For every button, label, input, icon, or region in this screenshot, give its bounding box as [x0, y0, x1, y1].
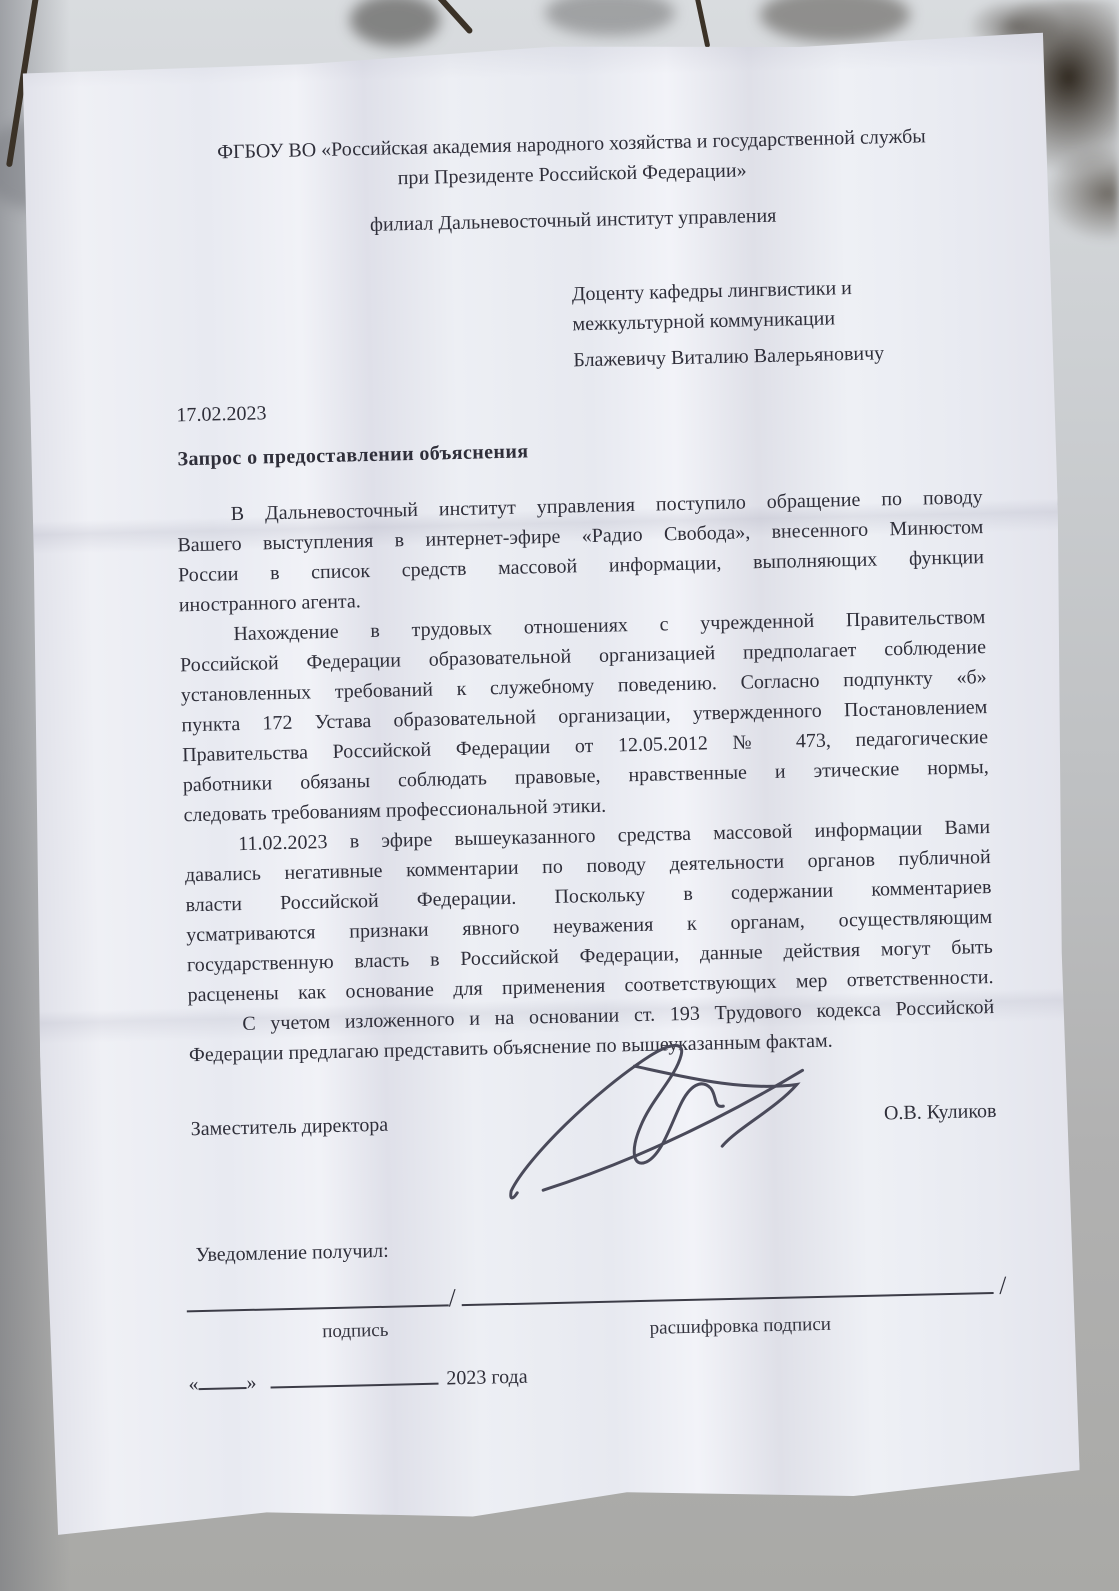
slash-separator: / [999, 1274, 1007, 1298]
snow-smudge [350, 0, 440, 46]
label-transcript: расшифровка подписи [485, 1306, 996, 1348]
snow-smudge [760, 0, 910, 42]
day-blank [198, 1367, 246, 1390]
label-signature: подпись [225, 1314, 486, 1350]
addressee-name: Блажевичу Виталию Валерьяновичу [573, 336, 980, 375]
organization-header: ФГБОУ ВО «Российская академия народного … [168, 120, 975, 198]
addressee-block: Доценту кафедры лингвистики и межкультур… [572, 270, 979, 339]
letter-date: 17.02.2023 [176, 398, 267, 430]
signer-name: О.В. Куликов [884, 1096, 997, 1129]
signer-title: Заместитель директора [190, 1110, 388, 1144]
letter-content: ФГБОУ ВО «Российская академия народного … [166, 34, 1005, 1536]
date-fill-line: «»2023 года [188, 1361, 528, 1400]
notice-received: Уведомление получил: [195, 1236, 389, 1270]
slash-separator: / [448, 1286, 456, 1310]
quote-close: » [246, 1372, 256, 1394]
snow-smudge [545, 0, 675, 36]
photo-of-letter-on-snow: { "colors": { "ink": "#2f2f3a", "paper":… [0, 0, 1119, 1591]
branch-name: филиал Дальневосточный институт управлен… [170, 196, 976, 244]
year-text: 2023 года [446, 1366, 528, 1390]
signature-blank-line [186, 1280, 449, 1312]
twig-icon [695, 0, 711, 48]
transcript-blank-line [461, 1268, 993, 1306]
signature-blanks-row: / / [186, 1268, 1006, 1313]
letter-subject: Запрос о предоставлении объяснения [177, 436, 529, 474]
letter-body: В Дальневосточный институт управления по… [176, 482, 995, 1070]
letter-sheet: ФГБОУ ВО «Российская академия народного … [17, 33, 1080, 1540]
quote-open: « [188, 1373, 198, 1395]
month-blank [270, 1363, 438, 1389]
